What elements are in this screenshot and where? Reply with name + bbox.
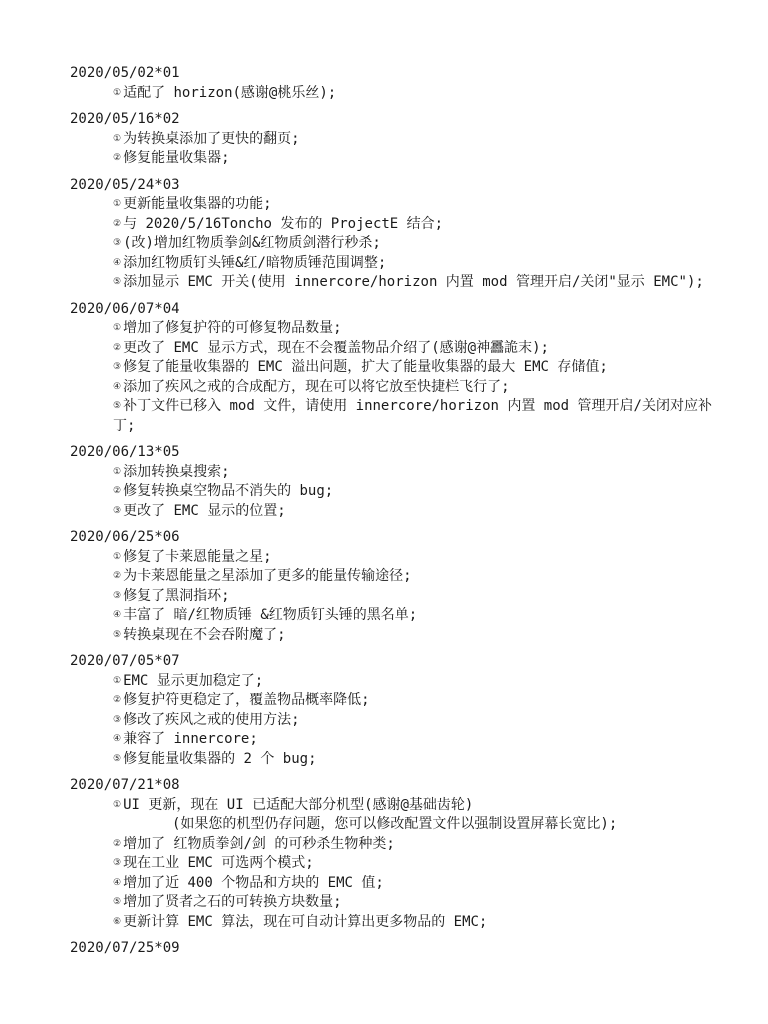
changelog-item: ②为卡莱恩能量之星添加了更多的能量传输途径; bbox=[70, 567, 728, 587]
item-text: 现在工业 EMC 可选两个模式; bbox=[123, 855, 314, 871]
section-date: 2020/05/02*01 bbox=[70, 64, 728, 84]
changelog-item: ⑤添加显示 EMC 开关(使用 innercore/horizon 内置 mod… bbox=[70, 273, 728, 293]
item-number-bullet: ② bbox=[113, 486, 121, 496]
changelog-section: 2020/06/07*04 ①增加了修复护符的可修复物品数量; ②更改了 EMC… bbox=[70, 300, 728, 437]
item-text: 添加红物质钉头锤&红/暗物质锤范围调整; bbox=[123, 255, 386, 271]
item-number-bullet: ③ bbox=[113, 238, 121, 248]
item-number-bullet: ③ bbox=[113, 591, 121, 601]
item-number-bullet: ① bbox=[113, 134, 121, 144]
item-number-bullet: ⑤ bbox=[113, 277, 121, 287]
section-date: 2020/06/25*06 bbox=[70, 528, 728, 548]
item-number-bullet: ② bbox=[113, 571, 121, 581]
section-items: ①增加了修复护符的可修复物品数量; ②更改了 EMC 显示方式，现在不会覆盖物品… bbox=[70, 319, 728, 436]
changelog-item: ①修复了卡莱恩能量之星; bbox=[70, 548, 728, 568]
changelog-item: ⑤补丁文件已移入 mod 文件，请使用 innercore/horizon 内置… bbox=[70, 397, 728, 436]
changelog-section: 2020/06/13*05 ①添加转换桌搜索; ②修复转换桌空物品不消失的 bu… bbox=[70, 443, 728, 521]
changelog-item: ①添加转换桌搜索; bbox=[70, 463, 728, 483]
item-text: EMC 显示更加稳定了; bbox=[123, 673, 263, 689]
changelog-item: ④兼容了 innercore; bbox=[70, 730, 728, 750]
item-text: 适配了 horizon(感谢@桃乐丝); bbox=[123, 85, 336, 101]
changelog-section: 2020/05/16*02 ①为转换桌添加了更快的翻页; ②修复能量收集器; bbox=[70, 110, 728, 169]
item-text: 修复转换桌空物品不消失的 bug; bbox=[123, 483, 333, 499]
changelog-item: ①增加了修复护符的可修复物品数量; bbox=[70, 319, 728, 339]
changelog-item: ②修复能量收集器; bbox=[70, 149, 728, 169]
section-items: ①修复了卡莱恩能量之星; ②为卡莱恩能量之星添加了更多的能量传输途径; ③修复了… bbox=[70, 548, 728, 646]
section-items: ①更新能量收集器的功能; ②与 2020/5/16Toncho 发布的 Proj… bbox=[70, 195, 728, 293]
item-number-bullet: ③ bbox=[113, 362, 121, 372]
changelog-item: ⑤修复能量收集器的 2 个 bug; bbox=[70, 750, 728, 770]
changelog-item: ④添加红物质钉头锤&红/暗物质锤范围调整; bbox=[70, 254, 728, 274]
changelog-section: 2020/05/02*01 ①适配了 horizon(感谢@桃乐丝); bbox=[70, 64, 728, 103]
item-text: 添加显示 EMC 开关(使用 innercore/horizon 内置 mod … bbox=[123, 274, 704, 290]
item-number-bullet: ③ bbox=[113, 506, 121, 516]
section-date: 2020/07/25*09 bbox=[70, 939, 728, 959]
section-date: 2020/06/13*05 bbox=[70, 443, 728, 463]
changelog-item: ⑥更新计算 EMC 算法，现在可自动计算出更多物品的 EMC; bbox=[70, 913, 728, 933]
item-text: 更改了 EMC 显示方式，现在不会覆盖物品介绍了(感谢@神靐詭末); bbox=[123, 340, 549, 356]
item-text: 修复能量收集器; bbox=[123, 150, 229, 166]
item-number-bullet: ③ bbox=[113, 858, 121, 868]
item-number-bullet: ② bbox=[113, 343, 121, 353]
section-items: ①EMC 显示更加稳定了; ②修复护符更稳定了，覆盖物品概率降低; ③修改了疾风… bbox=[70, 672, 728, 770]
item-number-bullet: ④ bbox=[113, 610, 121, 620]
section-items: ①添加转换桌搜索; ②修复转换桌空物品不消失的 bug; ③更改了 EMC 显示… bbox=[70, 463, 728, 522]
changelog-sections: 2020/05/02*01 ①适配了 horizon(感谢@桃乐丝); 2020… bbox=[70, 64, 728, 959]
item-text: 添加了疾风之戒的合成配方，现在可以将它放至快捷栏飞行了; bbox=[123, 379, 509, 395]
item-text: 与 2020/5/16Toncho 发布的 ProjectE 结合; bbox=[123, 216, 443, 232]
item-number-bullet: ① bbox=[113, 467, 121, 477]
item-text: 为转换桌添加了更快的翻页; bbox=[123, 131, 299, 147]
section-date: 2020/05/16*02 bbox=[70, 110, 728, 130]
changelog-item: ⑤增加了贤者之石的可转换方块数量; bbox=[70, 893, 728, 913]
item-number-bullet: ① bbox=[113, 323, 121, 333]
changelog-item: ③修复了能量收集器的 EMC 溢出问题，扩大了能量收集器的最大 EMC 存储值; bbox=[70, 358, 728, 378]
item-number-bullet: ⑥ bbox=[113, 917, 121, 927]
changelog-item: ③修改了疾风之戒的使用方法; bbox=[70, 711, 728, 731]
item-number-bullet: ① bbox=[113, 199, 121, 209]
changelog-item: ①为转换桌添加了更快的翻页; bbox=[70, 130, 728, 150]
item-number-bullet: ② bbox=[113, 219, 121, 229]
changelog-item: ⑤转换桌现在不会吞附魔了; bbox=[70, 626, 728, 646]
item-text: 增加了近 400 个物品和方块的 EMC 值; bbox=[123, 875, 384, 891]
item-text: 修复了黑洞指环; bbox=[123, 588, 229, 604]
changelog-item: ④添加了疾风之戒的合成配方，现在可以将它放至快捷栏飞行了; bbox=[70, 378, 728, 398]
section-date: 2020/05/24*03 bbox=[70, 176, 728, 196]
changelog-item: (如果您的机型仍存问题，您可以修改配置文件以强制设置屏幕长宽比); bbox=[70, 815, 728, 835]
item-number-bullet: ⑤ bbox=[113, 630, 121, 640]
item-number-bullet: ① bbox=[113, 800, 121, 810]
changelog-item: ③(改)增加红物质拳剑&红物质剑潜行秒杀; bbox=[70, 234, 728, 254]
item-number-bullet: ④ bbox=[113, 258, 121, 268]
item-text: (改)增加红物质拳剑&红物质剑潜行秒杀; bbox=[123, 235, 381, 251]
item-number-bullet: ⑤ bbox=[113, 897, 121, 907]
section-date: 2020/06/07*04 bbox=[70, 300, 728, 320]
item-text: 转换桌现在不会吞附魔了; bbox=[123, 627, 285, 643]
item-text: 更新能量收集器的功能; bbox=[123, 196, 271, 212]
item-number-bullet: ④ bbox=[113, 382, 121, 392]
section-items: ①为转换桌添加了更快的翻页; ②修复能量收集器; bbox=[70, 130, 728, 169]
changelog-section: 2020/06/25*06 ①修复了卡莱恩能量之星; ②为卡莱恩能量之星添加了更… bbox=[70, 528, 728, 645]
changelog-section: 2020/05/24*03 ①更新能量收集器的功能; ②与 2020/5/16T… bbox=[70, 176, 728, 293]
section-items: ①UI 更新，现在 UI 已适配大部分机型(感谢@基础齿轮) (如果您的机型仍存… bbox=[70, 796, 728, 933]
item-number-bullet: ① bbox=[113, 676, 121, 686]
changelog-item: ②与 2020/5/16Toncho 发布的 ProjectE 结合; bbox=[70, 215, 728, 235]
item-number-bullet: ② bbox=[113, 839, 121, 849]
changelog-document: 2020/05/02*01 ①适配了 horizon(感谢@桃乐丝); 2020… bbox=[0, 0, 768, 959]
item-text: 增加了修复护符的可修复物品数量; bbox=[123, 320, 341, 336]
item-number-bullet: ④ bbox=[113, 878, 121, 888]
section-items: ①适配了 horizon(感谢@桃乐丝); bbox=[70, 84, 728, 104]
item-text: 修复了卡莱恩能量之星; bbox=[123, 549, 271, 565]
changelog-item: ②增加了 红物质拳剑/剑 的可秒杀生物种类; bbox=[70, 835, 728, 855]
changelog-item: ②修复转换桌空物品不消失的 bug; bbox=[70, 482, 728, 502]
changelog-item: ②修复护符更稳定了，覆盖物品概率降低; bbox=[70, 691, 728, 711]
item-number-bullet: ② bbox=[113, 695, 121, 705]
item-text: 兼容了 innercore; bbox=[123, 731, 258, 747]
changelog-item: ③更改了 EMC 显示的位置; bbox=[70, 502, 728, 522]
changelog-item: ③现在工业 EMC 可选两个模式; bbox=[70, 854, 728, 874]
changelog-section: 2020/07/25*09 bbox=[70, 939, 728, 959]
changelog-item: ④增加了近 400 个物品和方块的 EMC 值; bbox=[70, 874, 728, 894]
item-number-bullet: ④ bbox=[113, 734, 121, 744]
changelog-item: ③修复了黑洞指环; bbox=[70, 587, 728, 607]
item-text: UI 更新，现在 UI 已适配大部分机型(感谢@基础齿轮) bbox=[123, 797, 473, 813]
changelog-item: ①适配了 horizon(感谢@桃乐丝); bbox=[70, 84, 728, 104]
item-text: (如果您的机型仍存问题，您可以修改配置文件以强制设置屏幕长宽比); bbox=[172, 816, 617, 832]
item-text: 更新计算 EMC 算法，现在可自动计算出更多物品的 EMC; bbox=[123, 914, 487, 930]
item-text: 增加了 红物质拳剑/剑 的可秒杀生物种类; bbox=[123, 836, 395, 852]
item-text: 修改了疾风之戒的使用方法; bbox=[123, 712, 299, 728]
item-number-bullet: ① bbox=[113, 88, 121, 98]
section-date: 2020/07/05*07 bbox=[70, 652, 728, 672]
item-number-bullet: ② bbox=[113, 153, 121, 163]
item-text: 修复能量收集器的 2 个 bug; bbox=[123, 751, 316, 767]
changelog-section: 2020/07/21*08 ①UI 更新，现在 UI 已适配大部分机型(感谢@基… bbox=[70, 776, 728, 932]
item-text: 增加了贤者之石的可转换方块数量; bbox=[123, 894, 341, 910]
item-number-bullet: ⑤ bbox=[113, 401, 121, 411]
changelog-item: ④丰富了 暗/红物质锤 &红物质钉头锤的黑名单; bbox=[70, 606, 728, 626]
item-text: 丰富了 暗/红物质锤 &红物质钉头锤的黑名单; bbox=[123, 607, 417, 623]
changelog-item: ①EMC 显示更加稳定了; bbox=[70, 672, 728, 692]
item-number-bullet: ③ bbox=[113, 715, 121, 725]
item-text: 修复护符更稳定了，覆盖物品概率降低; bbox=[123, 692, 369, 708]
changelog-section: 2020/07/05*07 ①EMC 显示更加稳定了; ②修复护符更稳定了，覆盖… bbox=[70, 652, 728, 769]
item-text: 修复了能量收集器的 EMC 溢出问题，扩大了能量收集器的最大 EMC 存储值; bbox=[123, 359, 608, 375]
item-text: 添加转换桌搜索; bbox=[123, 464, 229, 480]
item-text: 为卡莱恩能量之星添加了更多的能量传输途径; bbox=[123, 568, 411, 584]
changelog-item: ①更新能量收集器的功能; bbox=[70, 195, 728, 215]
item-number-bullet: ① bbox=[113, 552, 121, 562]
section-date: 2020/07/21*08 bbox=[70, 776, 728, 796]
item-text: 补丁文件已移入 mod 文件，请使用 innercore/horizon 内置 … bbox=[113, 398, 712, 434]
item-number-bullet: ⑤ bbox=[113, 754, 121, 764]
changelog-item: ②更改了 EMC 显示方式，现在不会覆盖物品介绍了(感谢@神靐詭末); bbox=[70, 339, 728, 359]
item-text: 更改了 EMC 显示的位置; bbox=[123, 503, 286, 519]
changelog-item: ①UI 更新，现在 UI 已适配大部分机型(感谢@基础齿轮) bbox=[70, 796, 728, 816]
